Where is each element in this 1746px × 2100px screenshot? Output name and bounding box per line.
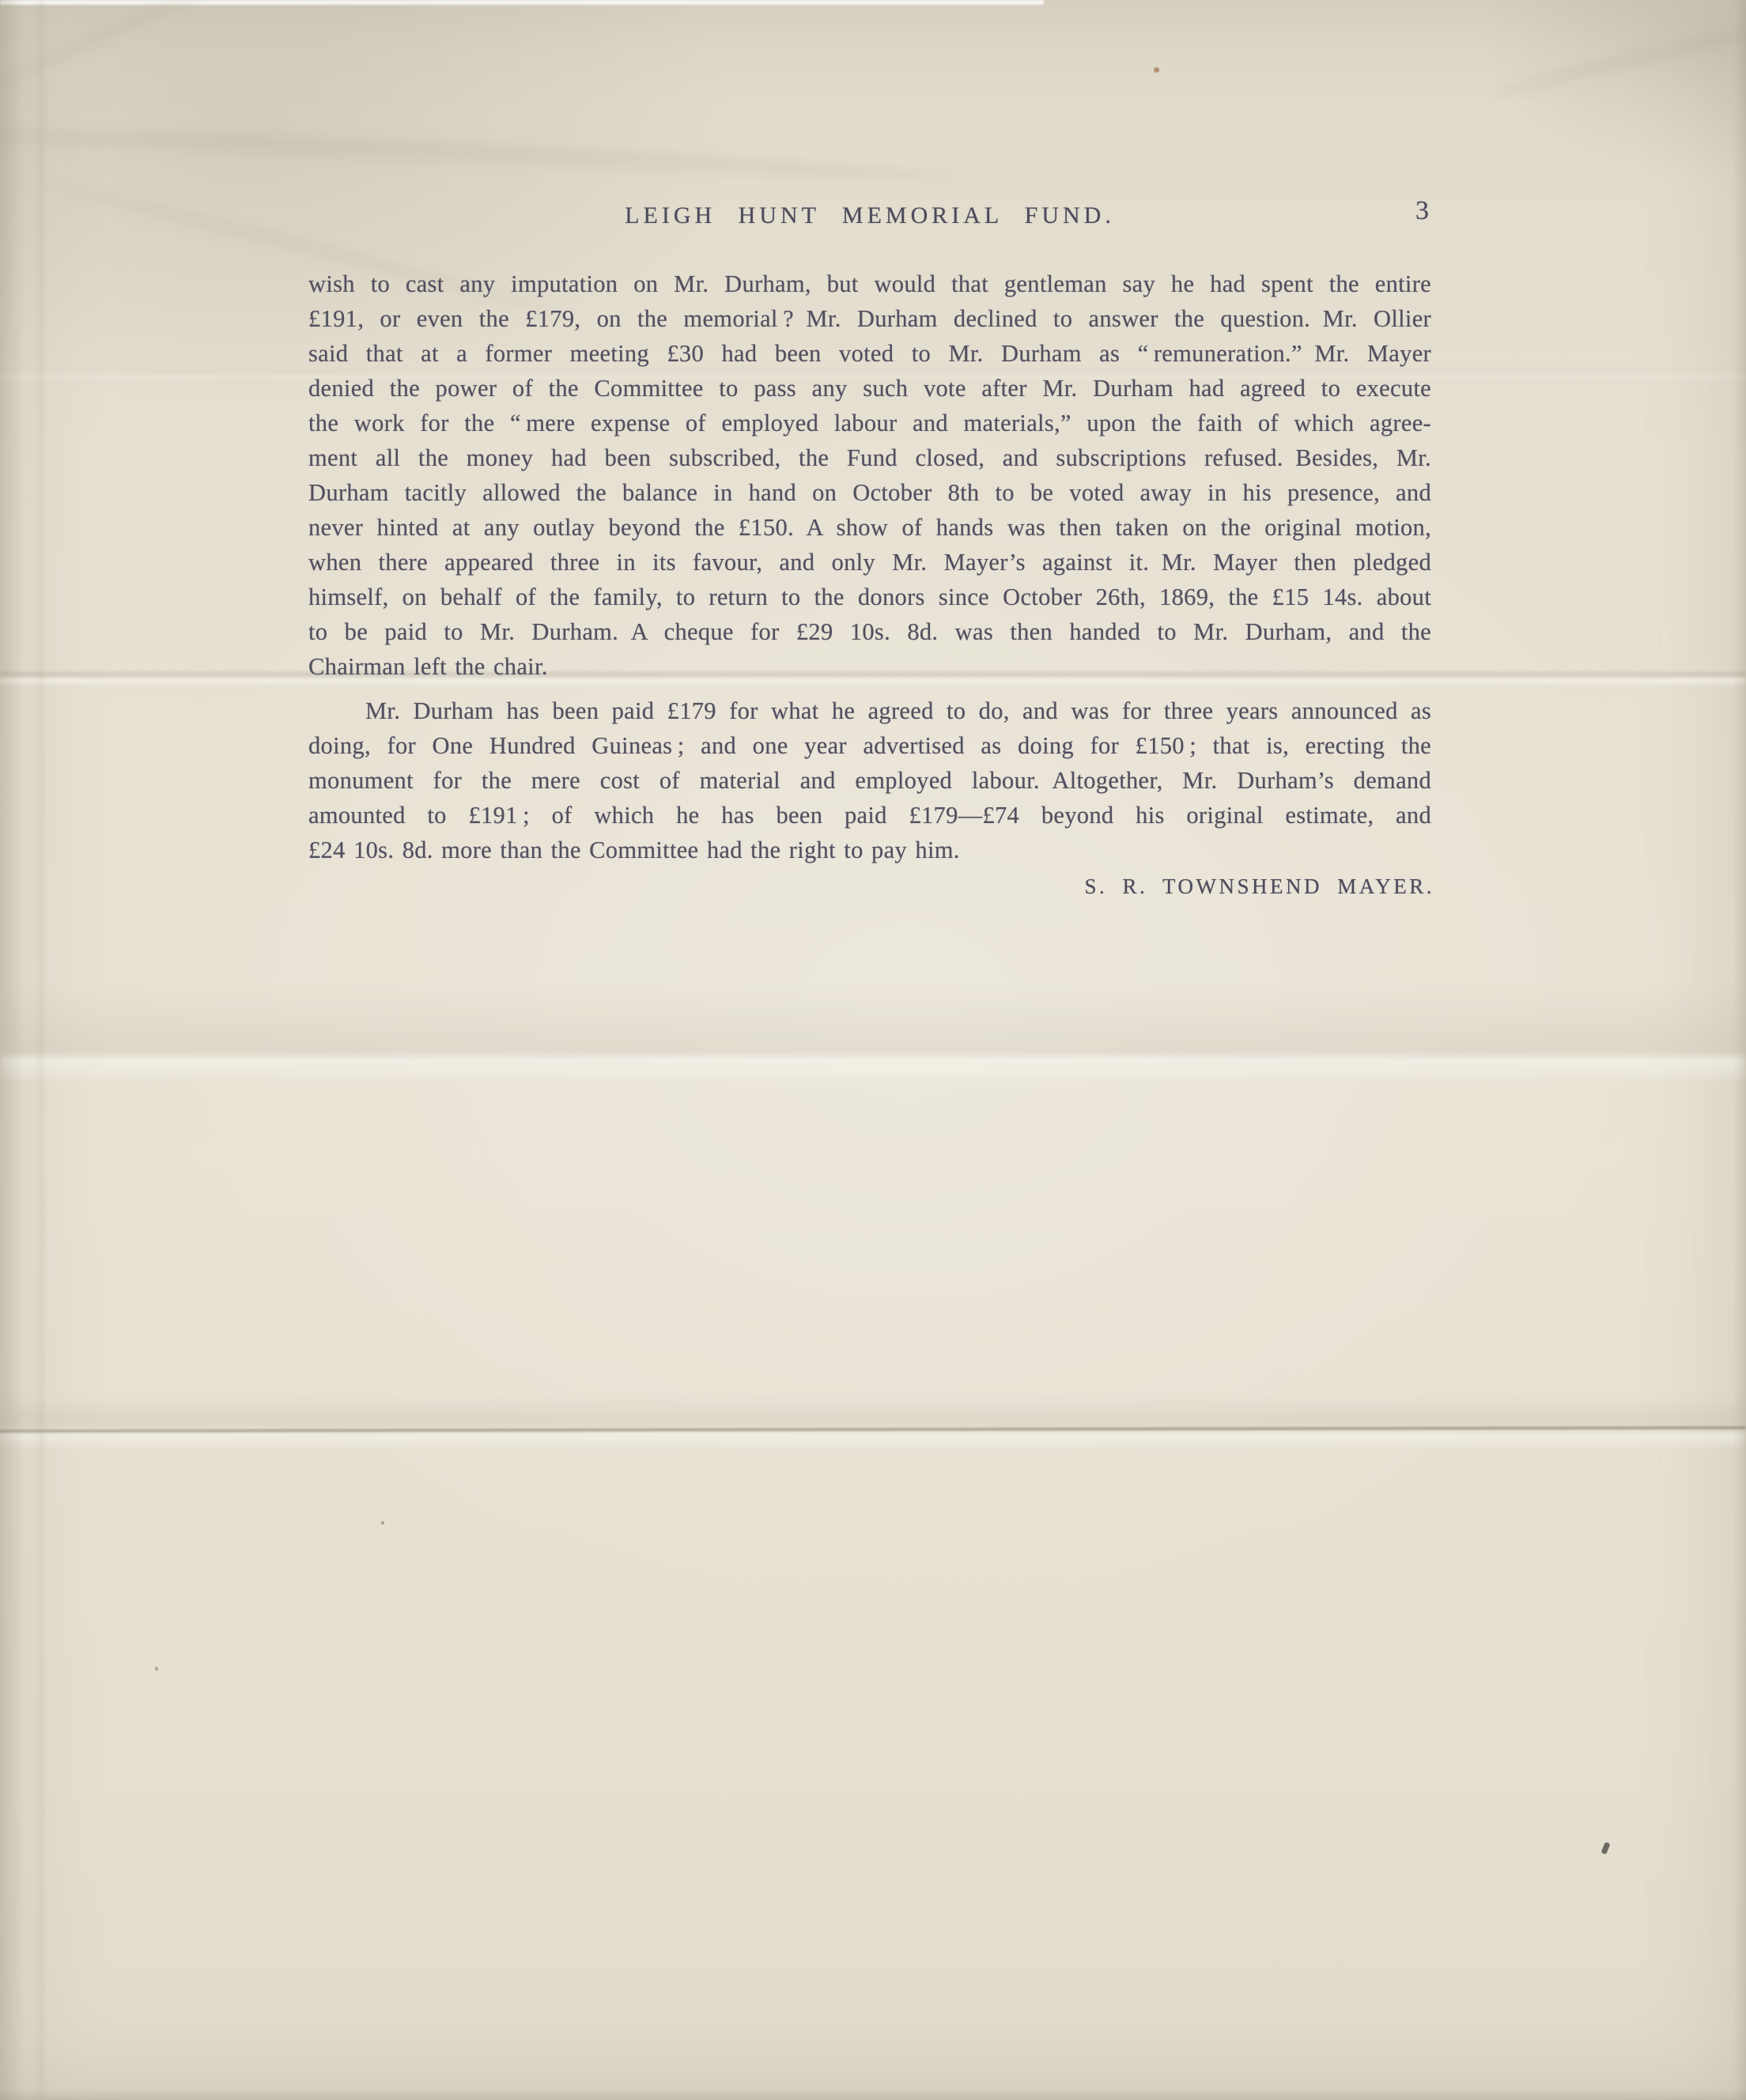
paper-left-edge bbox=[0, 0, 24, 2100]
fold-crease-shadow bbox=[0, 987, 1746, 1059]
paper-speck bbox=[155, 1667, 158, 1671]
crumple-crease bbox=[0, 122, 965, 190]
crumple-crease bbox=[0, 0, 229, 98]
fold-crease-line bbox=[0, 1426, 1746, 1433]
text-line: Mr. Durham has been paid £179 for what h… bbox=[308, 693, 1431, 728]
paper-speck bbox=[381, 1521, 384, 1524]
paragraph-1: wish to cast any imputation on Mr. Durha… bbox=[308, 266, 1431, 684]
text-line: to be paid to Mr. Durham. A cheque for £… bbox=[308, 614, 1431, 649]
text-line: ment all the money had been subscribed, … bbox=[308, 440, 1431, 475]
vertical-crease bbox=[36, 0, 46, 2100]
scanned-document-page: LEIGH HUNT MEMORIAL FUND. 3 wish to cast… bbox=[0, 0, 1746, 2100]
text-line: the work for the “ mere expense of emplo… bbox=[308, 406, 1431, 440]
text-line: Durham tacitly allowed the balance in ha… bbox=[308, 475, 1431, 510]
text-line: £191, or even the £179, on the memorial … bbox=[308, 301, 1431, 336]
text-line: denied the power of the Committee to pas… bbox=[308, 371, 1431, 406]
text-line: never hinted at any outlay beyond the £1… bbox=[308, 510, 1431, 545]
signature-line: S. R. TOWNSHEND MAYER. bbox=[308, 874, 1434, 899]
text-line: himself, on behalf of the family, to ret… bbox=[308, 580, 1431, 614]
fold-crease-highlight bbox=[0, 1056, 1746, 1080]
text-line: amounted to £191 ; of which he has been … bbox=[308, 798, 1431, 833]
crumple-crease bbox=[1489, 15, 1746, 101]
page-title: LEIGH HUNT MEMORIAL FUND. bbox=[308, 202, 1431, 229]
text-line: wish to cast any imputation on Mr. Durha… bbox=[308, 266, 1431, 301]
text-line: Chairman left the chair. bbox=[308, 649, 1431, 684]
fold-crease-highlight bbox=[0, 1433, 1746, 1450]
text-line: when there appeared three in its favour,… bbox=[308, 545, 1431, 580]
scan-top-edge bbox=[0, 0, 1044, 5]
paper-speck bbox=[1154, 67, 1159, 73]
text-line: doing, for One Hundred Guineas ; and one… bbox=[308, 728, 1431, 763]
paper-bottom-edge bbox=[0, 2089, 1746, 2100]
paper-right-edge bbox=[1733, 0, 1746, 2100]
paragraph-2: Mr. Durham has been paid £179 for what h… bbox=[308, 693, 1431, 867]
text-line: said that at a former meeting £30 had be… bbox=[308, 336, 1431, 371]
text-line: monument for the mere cost of material a… bbox=[308, 763, 1431, 798]
page-number: 3 bbox=[1415, 196, 1429, 226]
text-line: £24 10s. 8d. more than the Committee had… bbox=[308, 833, 1431, 867]
ink-fleck bbox=[1600, 1841, 1610, 1855]
fold-crease-shadow bbox=[0, 1396, 1746, 1426]
